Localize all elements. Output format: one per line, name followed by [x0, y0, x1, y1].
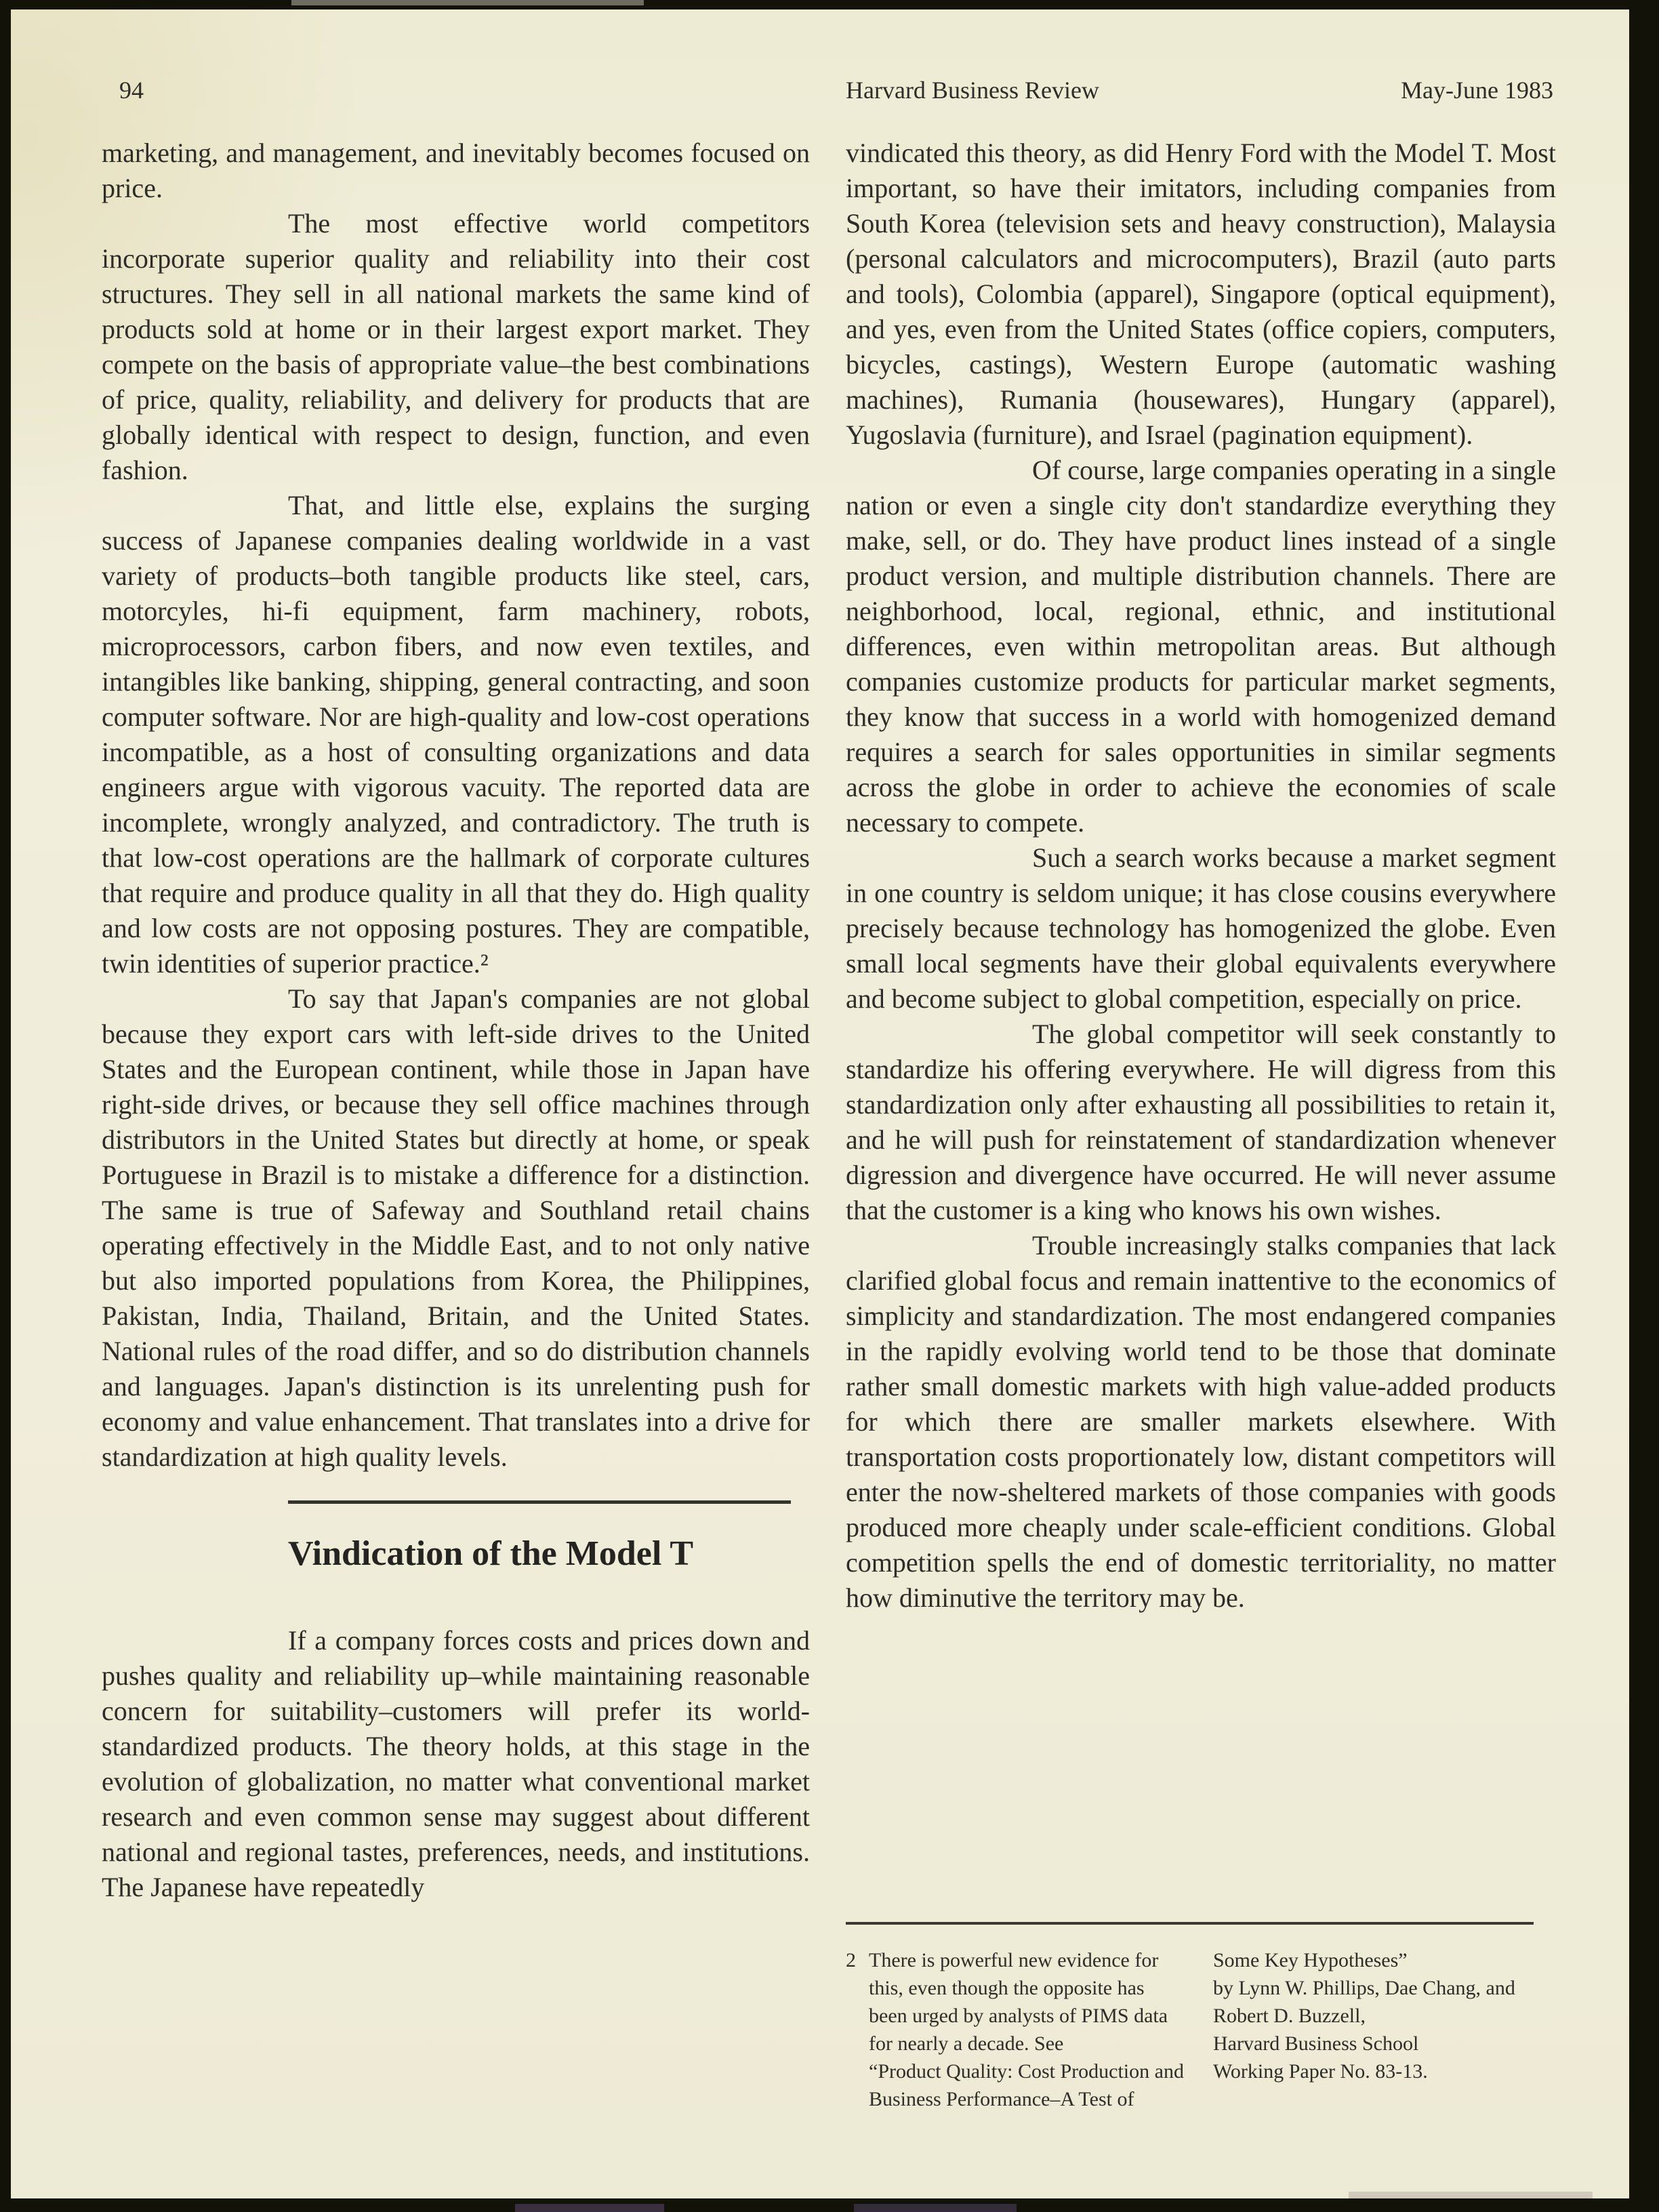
body-paragraph: The global competitor will seek constant…	[846, 1017, 1556, 1228]
body-paragraph: The most effective world competitors inc…	[102, 206, 810, 488]
footnote-line: for nearly a decade. See	[869, 2030, 1215, 2057]
footnote-line: Robert D. Buzzell,	[1213, 2002, 1565, 2030]
scan-edge-top	[0, 0, 1659, 9]
footnote-left-text: There is powerful new evidence forthis, …	[869, 1946, 1215, 2113]
scan-edge-bottom-light-patch	[1349, 2192, 1593, 2198]
scan-edge-left	[0, 0, 11, 2212]
body-paragraph: Trouble increasingly stalks companies th…	[846, 1228, 1556, 1616]
body-paragraph: To say that Japan's companies are not gl…	[102, 981, 810, 1475]
text-column-right: vindicated this theory, as did Henry For…	[846, 136, 1556, 1616]
body-paragraph: Of course, large companies operating in …	[846, 453, 1556, 840]
footnote-line: “Product Quality: Cost Production and	[869, 2057, 1215, 2085]
footnote-line: been urged by analysts of PIMS data	[869, 2002, 1215, 2030]
section-heading: Vindication of the Model T	[288, 1534, 810, 1574]
body-paragraph: marketing, and management, and inevitabl…	[102, 136, 810, 206]
section-divider	[288, 1500, 791, 1504]
footnote-line: Harvard Business School	[1213, 2030, 1565, 2057]
scan-edge-bottom-purple-patch	[854, 2204, 1017, 2212]
footnote-line: Some Key Hypotheses”	[1213, 1946, 1565, 1974]
body-paragraph: That, and little else, explains the surg…	[102, 488, 810, 981]
scan-edge-top-gray-segment	[291, 0, 644, 5]
footnote-right-column: Some Key Hypotheses”by Lynn W. Phillips,…	[1213, 1946, 1565, 2085]
footnote-line: Working Paper No. 83-13.	[1213, 2057, 1565, 2085]
issue-date: May-June 1983	[1401, 76, 1553, 104]
publication-title: Harvard Business Review	[846, 76, 1099, 104]
scan-edge-right	[1629, 0, 1659, 2212]
running-header: 94 Harvard Business Review May-June 1983	[0, 76, 1659, 107]
footnote-line: Business Performance–A Test of	[869, 2085, 1215, 2113]
body-paragraph: Such a search works because a market seg…	[846, 840, 1556, 1017]
scan-edge-bottom	[0, 2198, 1659, 2212]
magazine-page-scan: 94 Harvard Business Review May-June 1983…	[0, 0, 1659, 2212]
footnote-line: There is powerful new evidence for	[869, 1946, 1215, 1974]
body-paragraph: vindicated this theory, as did Henry For…	[846, 136, 1556, 453]
footnote-line: this, even though the opposite has	[869, 1974, 1215, 2002]
footnote-right-text: Some Key Hypotheses”by Lynn W. Phillips,…	[1213, 1946, 1565, 2085]
footnote-number: 2	[846, 1946, 856, 1974]
body-paragraph: If a company forces costs and prices dow…	[102, 1623, 810, 1905]
footnote-line: by Lynn W. Phillips, Dae Chang, and	[1213, 1974, 1565, 2002]
footnote-left-column: 2 There is powerful new evidence forthis…	[846, 1946, 1215, 2113]
page-number: 94	[119, 76, 144, 104]
text-column-left: marketing, and management, and inevitabl…	[102, 136, 810, 1905]
scan-edge-bottom-purple-patch	[515, 2204, 664, 2212]
footnote-divider	[846, 1922, 1534, 1925]
